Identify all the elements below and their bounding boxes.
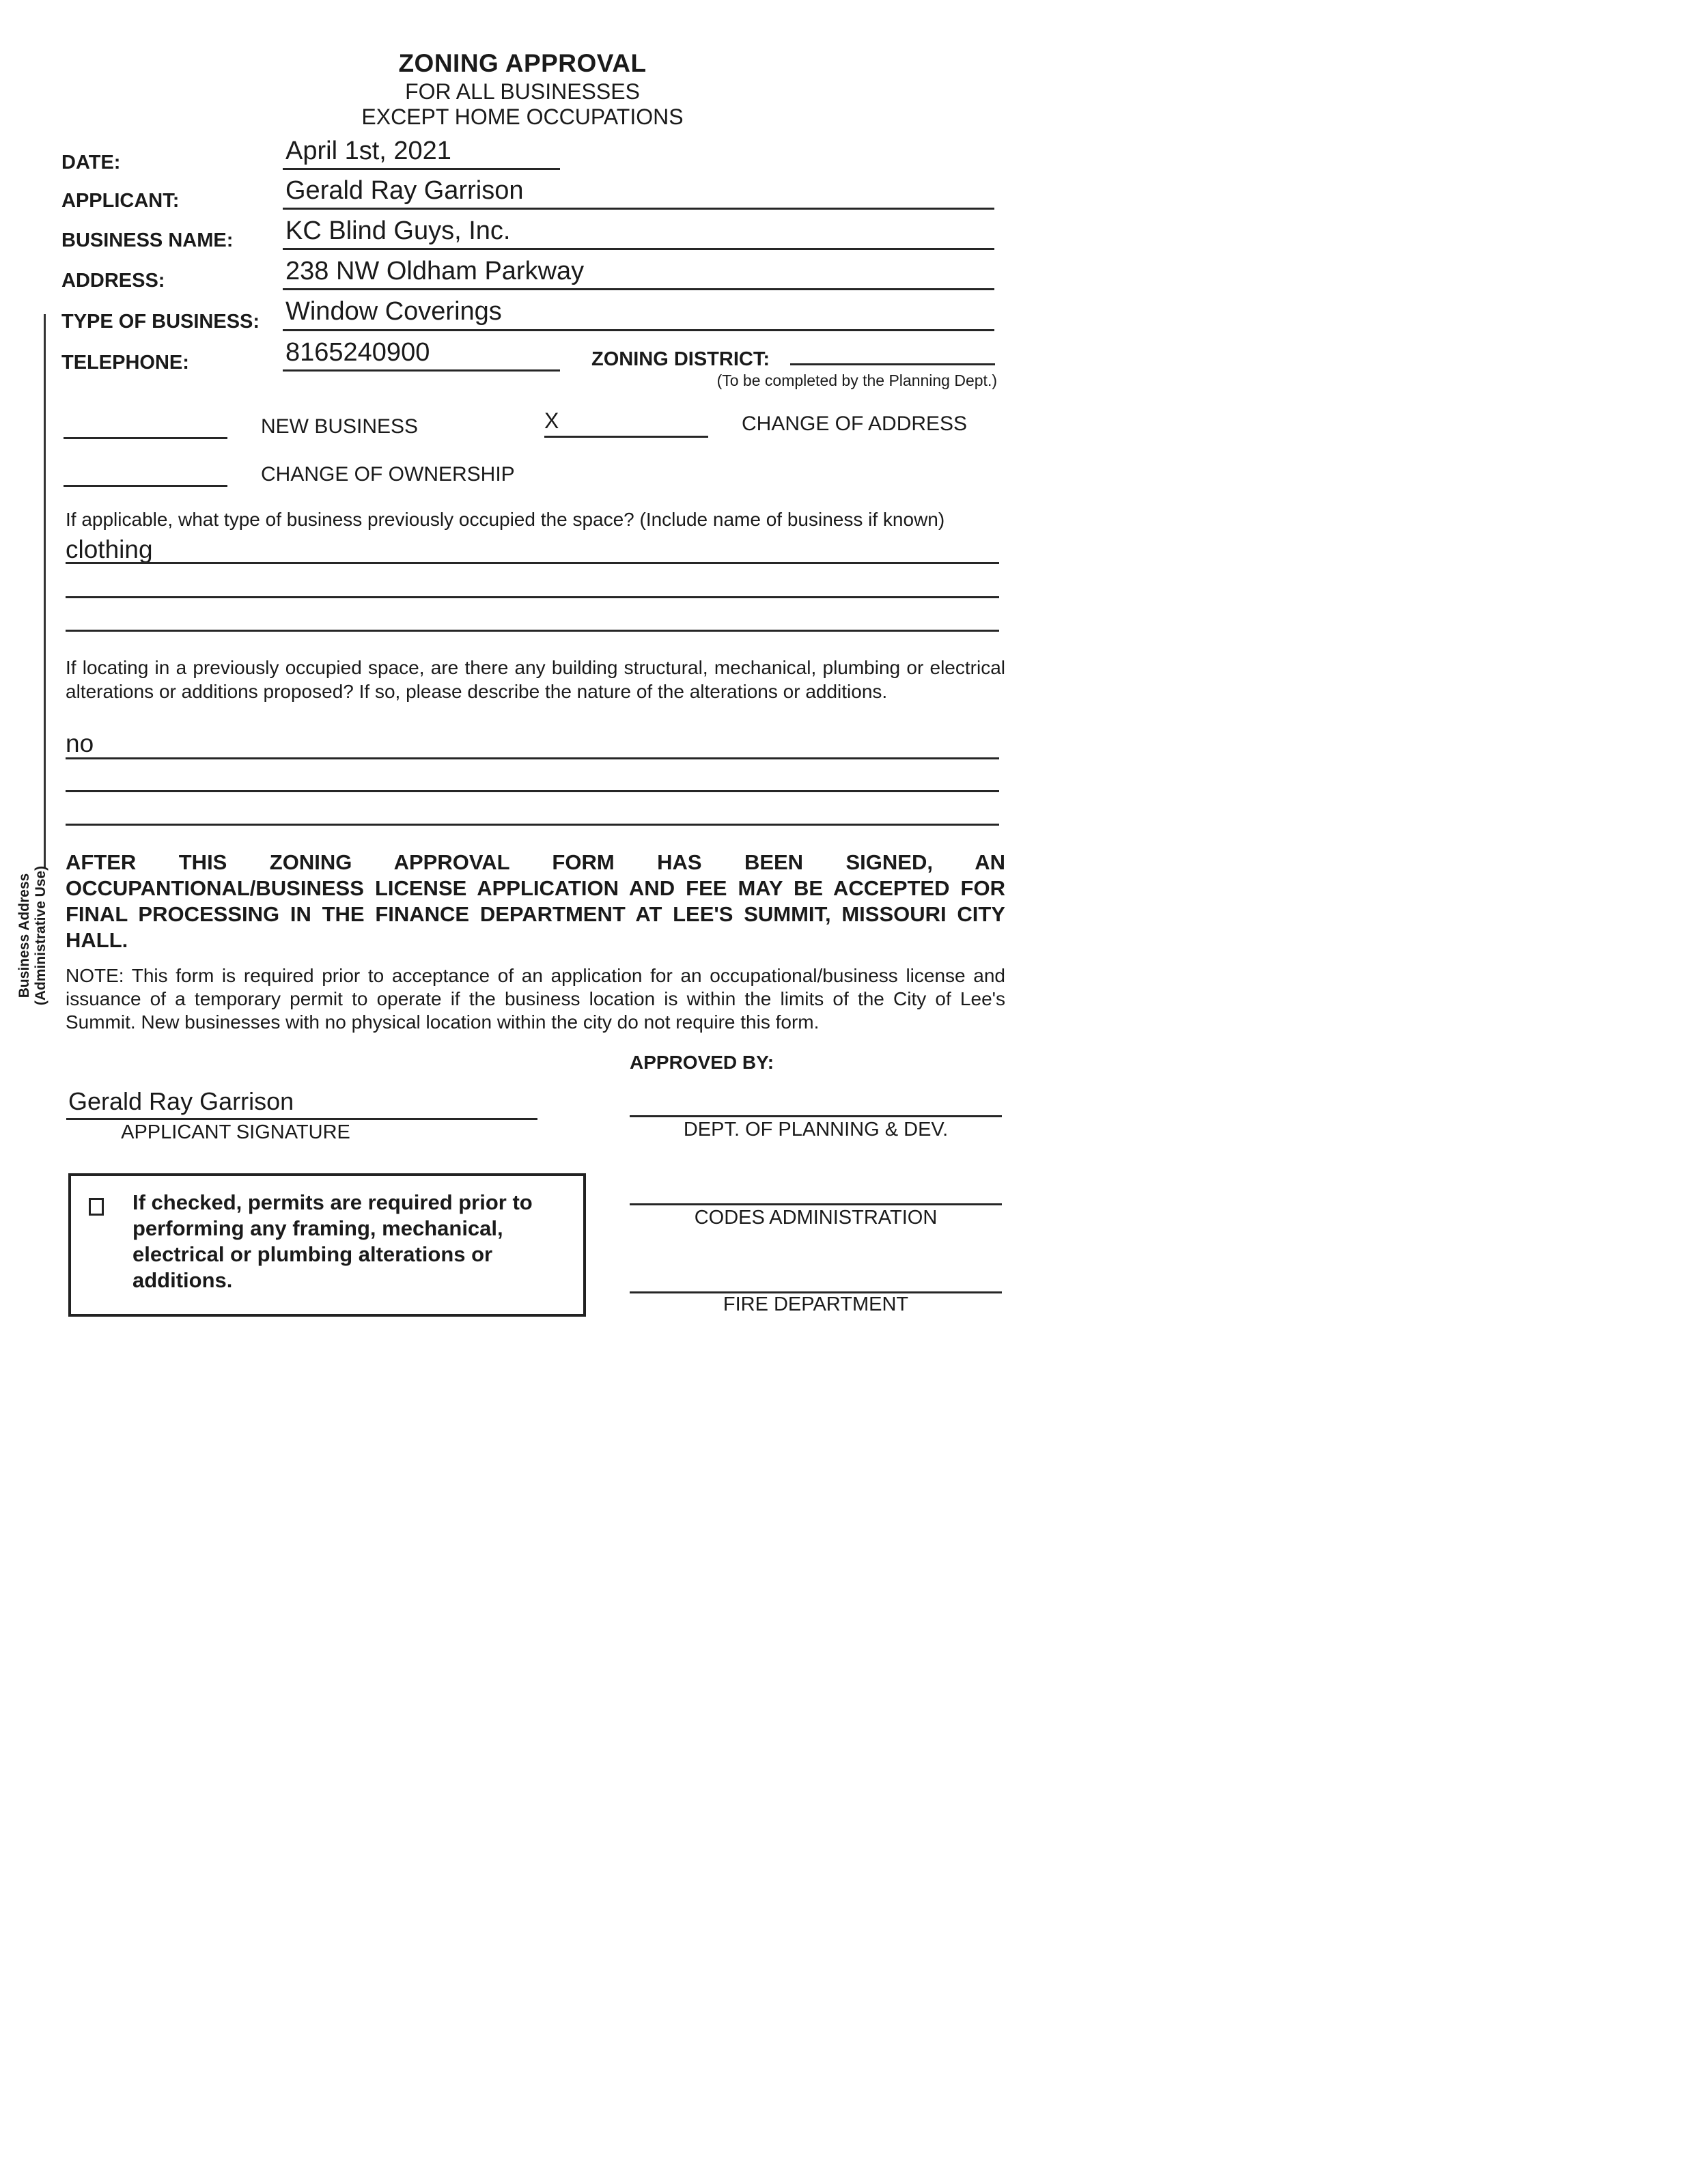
- type-of-business-underline: [283, 329, 994, 331]
- change-of-ownership-checkline[interactable]: [64, 485, 227, 487]
- previous-business-line-3[interactable]: [66, 630, 999, 632]
- codes-signature-line[interactable]: [630, 1203, 1002, 1205]
- address-underline: [283, 288, 994, 290]
- codes-caption: CODES ADMINISTRATION: [630, 1207, 1002, 1229]
- date-underline: [283, 168, 560, 170]
- applicant-signature-field[interactable]: Gerald Ray Garrison: [68, 1087, 294, 1116]
- admin-use-side-label: Business Address (Administrative Use): [12, 857, 53, 1014]
- change-of-ownership-label: CHANGE OF OWNERSHIP: [261, 463, 515, 486]
- business-name-field[interactable]: KC Blind Guys, Inc.: [285, 216, 510, 246]
- new-business-label: NEW BUSINESS: [261, 415, 418, 438]
- zoning-district-label: ZONING DISTRICT:: [591, 348, 770, 371]
- notice-body: OCCUPANTIONAL/BUSINESS LICENSE APPLICATI…: [66, 876, 1005, 953]
- zoning-district-field[interactable]: [790, 363, 995, 365]
- change-of-address-mark[interactable]: X: [544, 408, 559, 434]
- telephone-field[interactable]: 8165240900: [285, 338, 430, 367]
- new-business-checkline[interactable]: [64, 437, 227, 439]
- applicant-signature-line: [66, 1118, 537, 1120]
- applicant-field[interactable]: Gerald Ray Garrison: [285, 176, 523, 206]
- previous-business-line-2[interactable]: [66, 596, 999, 598]
- date-label: DATE:: [61, 152, 120, 174]
- previous-business-answer[interactable]: clothing: [66, 535, 153, 564]
- type-of-business-label: TYPE OF BUSINESS:: [61, 311, 260, 333]
- permit-notice-box: If checked, permits are required prior t…: [68, 1173, 586, 1317]
- fire-caption: FIRE DEPARTMENT: [630, 1293, 1002, 1316]
- permit-notice-text: If checked, permits are required prior t…: [132, 1190, 570, 1293]
- note-text: NOTE: This form is required prior to acc…: [66, 964, 1005, 1034]
- previous-business-question: If applicable, what type of business pre…: [66, 507, 1005, 531]
- approved-by-label: APPROVED BY:: [630, 1052, 774, 1074]
- applicant-signature-caption: APPLICANT SIGNATURE: [66, 1121, 405, 1144]
- address-label: ADDRESS:: [61, 270, 165, 292]
- alterations-line-2[interactable]: [66, 790, 999, 792]
- margin-divider: [44, 314, 46, 867]
- alterations-line-1: [66, 757, 999, 759]
- telephone-underline: [283, 369, 560, 372]
- change-of-address-checkline[interactable]: [544, 436, 708, 438]
- type-of-business-field[interactable]: Window Coverings: [285, 297, 502, 326]
- side-label-line-2: (Administrative Use): [33, 866, 49, 1005]
- form-subtitle-2: EXCEPT HOME OCCUPATIONS: [0, 104, 1045, 130]
- notice-first-line: AFTER THIS ZONING APPROVAL FORM HAS BEEN…: [66, 850, 1005, 876]
- alterations-question: If locating in a previously occupied spa…: [66, 656, 1005, 703]
- planning-signature-line[interactable]: [630, 1115, 1002, 1117]
- previous-business-line-1: [66, 562, 999, 564]
- form-title: ZONING APPROVAL: [0, 49, 1045, 78]
- business-name-underline: [283, 248, 994, 250]
- telephone-label: TELEPHONE:: [61, 352, 189, 374]
- permits-required-checkbox[interactable]: [89, 1198, 104, 1216]
- alterations-answer[interactable]: no: [66, 729, 94, 758]
- applicant-label: APPLICANT:: [61, 190, 179, 212]
- address-field[interactable]: 238 NW Oldham Parkway: [285, 257, 584, 286]
- side-label-line-1: Business Address: [16, 866, 33, 1005]
- applicant-underline: [283, 208, 994, 210]
- form-subtitle: FOR ALL BUSINESSES: [0, 79, 1045, 104]
- zoning-district-note: (To be completed by the Planning Dept.): [703, 372, 997, 390]
- business-name-label: BUSINESS NAME:: [61, 229, 233, 252]
- date-field[interactable]: April 1st, 2021: [285, 137, 451, 166]
- change-of-address-label: CHANGE OF ADDRESS: [742, 412, 967, 436]
- alterations-line-3[interactable]: [66, 824, 999, 826]
- planning-caption: DEPT. OF PLANNING & DEV.: [630, 1119, 1002, 1141]
